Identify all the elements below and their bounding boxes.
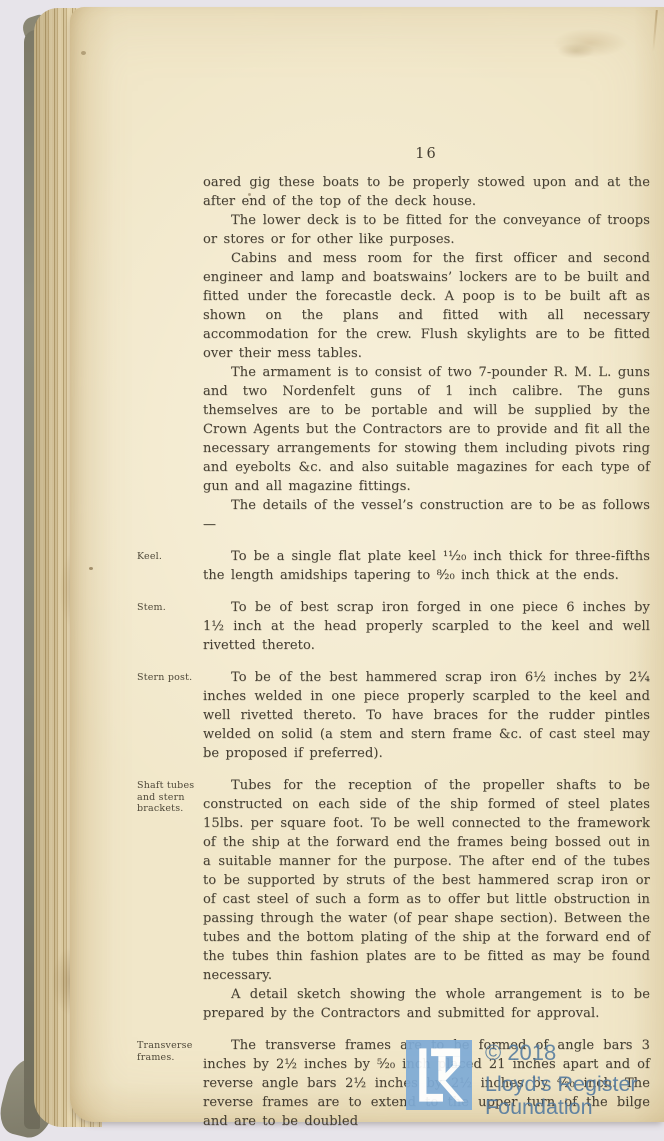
- margin-label-transverse-frames: Transverse frames.: [137, 1040, 197, 1063]
- document-page: 16 oared gig these boats to be properly …: [70, 7, 664, 1122]
- paragraph-text: To be of the best hammered scrap iron 6½…: [203, 670, 650, 761]
- paper-speck: [81, 51, 86, 55]
- lloyds-register-logo-icon: [406, 1040, 472, 1110]
- page-curl-line: [652, 10, 658, 52]
- paragraph-shaft-tubes: Shaft tubes and stern brackets. Tubes fo…: [203, 776, 650, 985]
- paragraph-stern-post: Stern post. To be of the best hammered s…: [203, 668, 650, 763]
- paragraph-boats-continuation: oared gig these boats to be properly sto…: [203, 173, 650, 211]
- paragraph-stem: Stem. To be of best scrap iron forged in…: [203, 598, 650, 655]
- watermark-org-line1: Lloyd’s Register: [485, 1073, 638, 1096]
- paragraph-details-intro: The details of the vessel’s construction…: [203, 496, 650, 534]
- scanned-book-photo: 16 oared gig these boats to be properly …: [0, 0, 664, 1141]
- paragraph-text: A detail sketch showing the whole arrang…: [203, 987, 650, 1021]
- paragraph-text: The armament is to consist of two 7-poun…: [203, 365, 650, 494]
- watermark-org-line2: Foundation: [485, 1096, 638, 1119]
- paragraph-text: The details of the vessel’s construction…: [203, 498, 650, 532]
- paragraph-text: oared gig these boats to be properly sto…: [203, 175, 650, 209]
- paragraph-text: Tubes for the reception of the propeller…: [203, 778, 650, 983]
- watermark-copyright: © 2018: [485, 1040, 638, 1066]
- body-text-block: oared gig these boats to be properly sto…: [203, 173, 650, 1131]
- paragraph-text: To be of best scrap iron forged in one p…: [203, 600, 650, 653]
- margin-label-keel: Keel.: [137, 551, 197, 563]
- margin-label-stem: Stem.: [137, 602, 197, 614]
- lr-foundation-watermark: © 2018 Lloyd’s Register Foundation: [406, 1040, 638, 1119]
- margin-label-stern-post: Stern post.: [137, 672, 197, 684]
- paragraph-armament: The armament is to consist of two 7-poun…: [203, 363, 650, 496]
- paper-speck: [89, 567, 93, 570]
- paragraph-keel: Keel. To be a single flat plate keel ¹¹⁄…: [203, 547, 650, 585]
- watermark-text: © 2018 Lloyd’s Register Foundation: [485, 1040, 638, 1119]
- paragraph-text: To be a single flat plate keel ¹¹⁄₂₀ inc…: [203, 549, 650, 583]
- margin-label-shaft-tubes: Shaft tubes and stern brackets.: [137, 780, 197, 815]
- page-number: 16: [203, 146, 650, 162]
- paragraph-lower-deck: The lower deck is to be fitted for the c…: [203, 211, 650, 249]
- paragraph-detail-sketch: A detail sketch showing the whole arrang…: [203, 985, 650, 1023]
- paragraph-text: The lower deck is to be fitted for the c…: [203, 213, 650, 247]
- paragraph-cabins: Cabins and mess room for the first offic…: [203, 249, 650, 363]
- paragraph-text: Cabins and mess room for the first offic…: [203, 251, 650, 361]
